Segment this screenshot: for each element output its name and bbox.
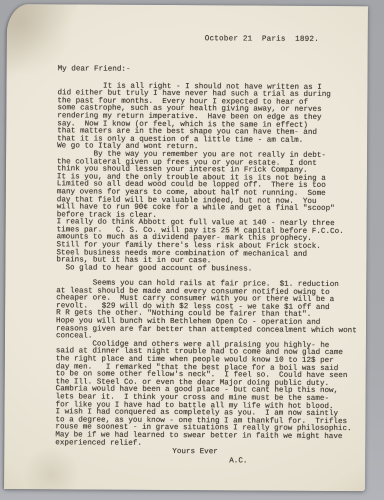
signature: A.C. bbox=[229, 458, 365, 466]
date-line: October 21 Paris 1892. bbox=[205, 35, 319, 44]
closing-line: Yours Ever bbox=[172, 449, 365, 458]
letter-text-block: My dear Friend:- It is all right - I sho… bbox=[55, 66, 367, 466]
salutation: My dear Friend:- bbox=[58, 66, 368, 75]
letter-body: It is all right - I should not have writ… bbox=[55, 83, 367, 449]
letter-paper: October 21 Paris 1892. My dear Friend:- … bbox=[4, 4, 368, 491]
